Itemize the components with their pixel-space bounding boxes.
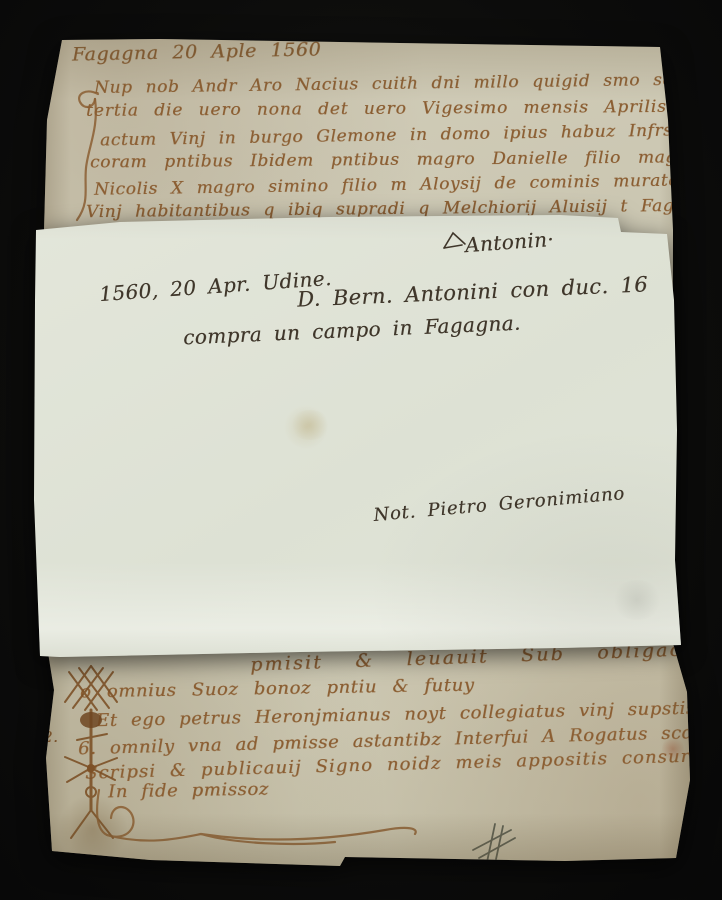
manuscript-line: o omnius Suoz bonoz pntiu & futuy	[80, 675, 475, 704]
manuscript-heading: Fagagna 20 Aple 1560	[72, 38, 322, 65]
photograph-stage: Fagagna 20 Aple 1560 Nup nob Andr Aro Na…	[0, 0, 722, 900]
subject-note-continued: compra un campo in Fagagna.	[183, 311, 522, 350]
signature-flourish-icon	[85, 782, 435, 852]
archivist-name-note: Antonin·	[464, 227, 555, 257]
notary-signature-note: Not. Pietro Geronimiano	[373, 483, 626, 526]
archivist-note-paper: Antonin· 1560, 20 Apr. Udine. D. Bern. A…	[33, 212, 683, 660]
archivist-note-sheet: Antonin· 1560, 20 Apr. Udine. D. Bern. A…	[33, 212, 683, 660]
manuscript-line: tertia die uero nona det uero Vigesimo m…	[86, 96, 667, 122]
paper-stain	[289, 410, 331, 440]
subject-note: D. Bern. Antonini con duc. 16	[297, 272, 649, 311]
paper-stain	[611, 580, 663, 620]
pen-hash-icon	[465, 820, 520, 868]
manuscript-line: Nup nob Andr Aro Nacius cuith dni millo …	[94, 67, 722, 99]
manuscript-line: coram pntibus Ibidem pntibus magro Danie…	[90, 146, 692, 173]
